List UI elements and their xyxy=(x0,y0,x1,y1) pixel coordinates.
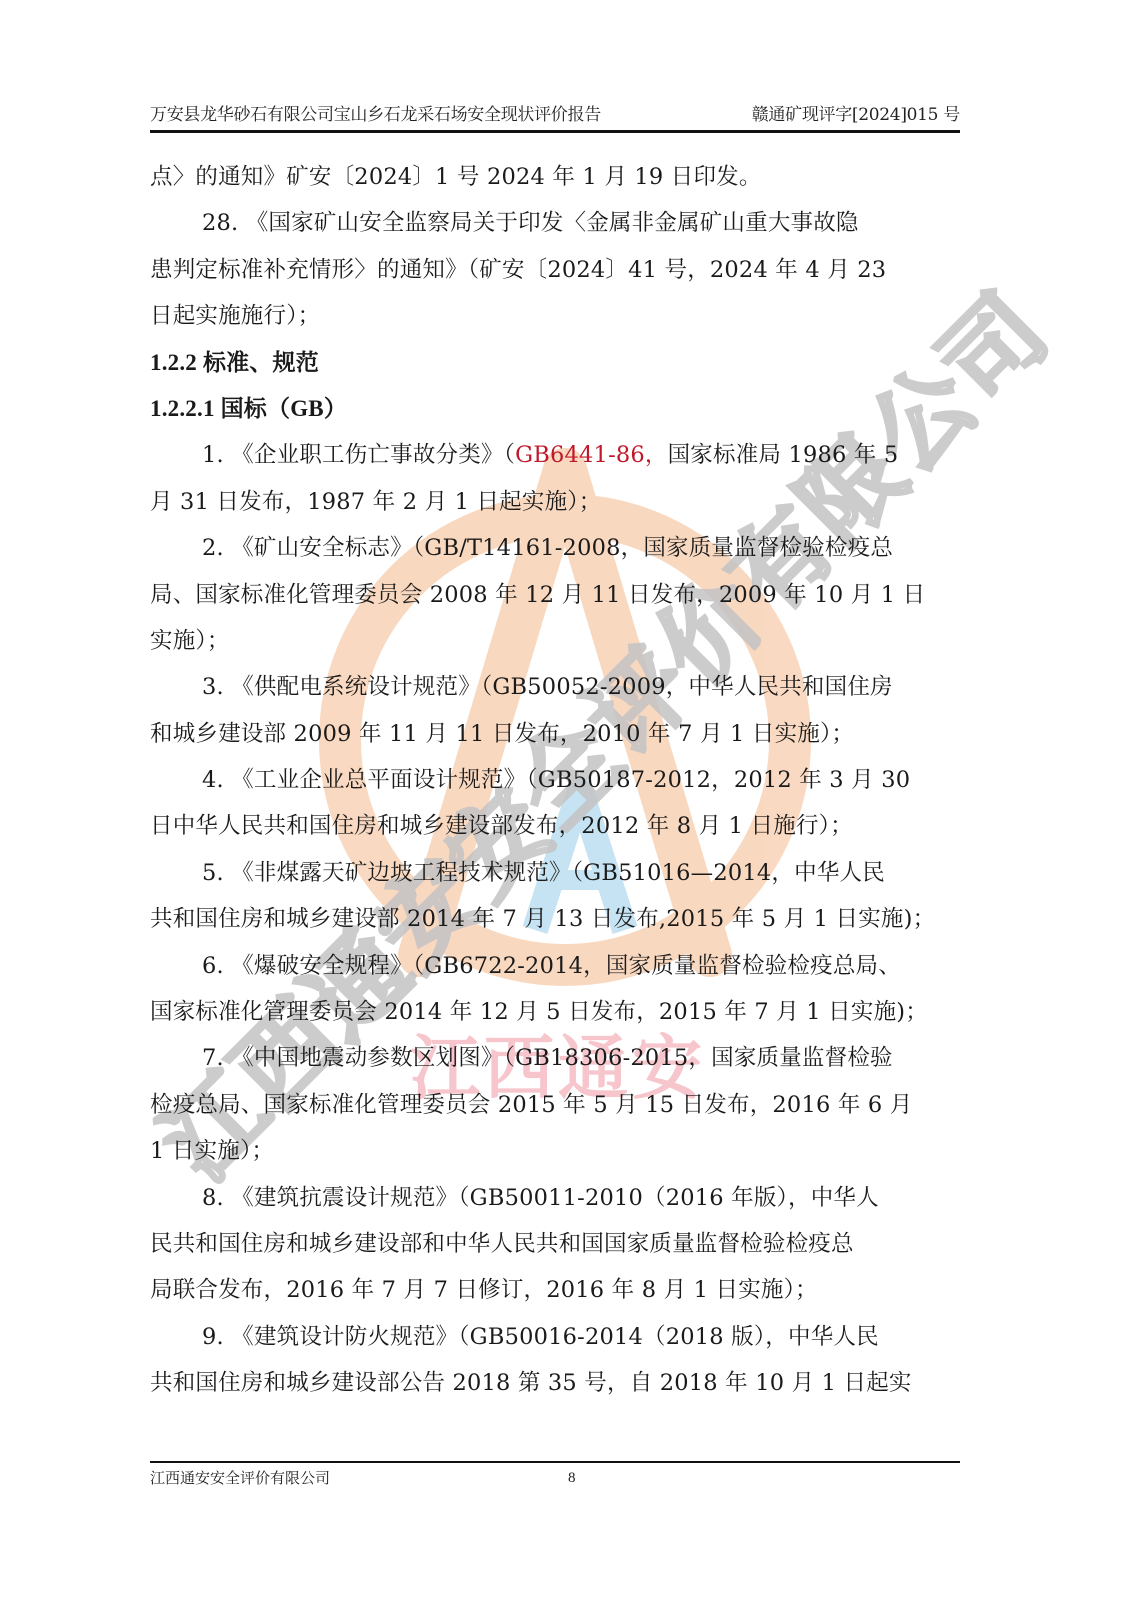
list-item-4-line-2: 日中华人民共和国住房和城乡建设部发布，2012 年 8 月 1 日施行）； xyxy=(150,803,962,849)
item-text: 国家标准局 1986 年 5 xyxy=(668,442,899,468)
item-text: 《供配电系统设计规范》（GB50052-2009，中华人民共和国住房 xyxy=(231,674,893,700)
page-footer: 江西通安安全评价有限公司 8 xyxy=(150,1466,960,1490)
list-item-6-line-1: 6. 《爆破安全规程》（GB6722-2014，国家质量监督检验检疫总局、 xyxy=(150,943,962,989)
list-item-8-line-1: 8. 《建筑抗震设计规范》（GB50011-2010（2016 年版），中华人 xyxy=(150,1175,962,1221)
item-text: 《企业职工伤亡事故分类》（ xyxy=(231,442,515,468)
list-item-7-line-2: 检疫总局、国家标准化管理委员会 2015 年 5 月 15 日发布，2016 年… xyxy=(150,1082,962,1128)
list-item-3-line-1: 3. 《供配电系统设计规范》（GB50052-2009，中华人民共和国住房 xyxy=(150,664,962,710)
list-item-3-line-2: 和城乡建设部 2009 年 11 月 11 日发布，2010 年 7 月 1 日… xyxy=(150,711,962,757)
page-header: 万安县龙华砂石有限公司宝山乡石龙采石场安全现状评价报告 赣通矿现评字[2024]… xyxy=(150,103,960,127)
item-number: 4. xyxy=(202,767,224,793)
list-item-7-line-1: 7. 《中国地震动参数区划图》（GB18306-2015，国家质量监督检验 xyxy=(150,1035,962,1081)
item-number: 2. xyxy=(202,535,224,561)
list-item-5-line-2: 共和国住房和城乡建设部 2014 年 7 月 13 日发布,2015 年 5 月… xyxy=(150,896,962,942)
item-number: 3. xyxy=(202,674,224,700)
list-item-7-line-3: 1 日实施）； xyxy=(150,1128,962,1174)
list-item-9-line-2: 共和国住房和城乡建设部公告 2018 第 35 号，自 2018 年 10 月 … xyxy=(150,1360,962,1406)
list-item-4-line-1: 4. 《工业企业总平面设计规范》（GB50187-2012，2012 年 3 月… xyxy=(150,757,962,803)
item-text: 《建筑抗震设计规范》（GB50011-2010（2016 年版），中华人 xyxy=(231,1185,879,1211)
list-item-6-line-2: 国家标准化管理委员会 2014 年 12 月 5 日发布，2015 年 7 月 … xyxy=(150,989,962,1035)
list-item-2-line-3: 实施）； xyxy=(150,618,962,664)
page-number: 8 xyxy=(568,1466,576,1490)
page-body: 点〉的通知》矿安〔2024〕1 号 2024 年 1 月 19 日印发。 28.… xyxy=(150,154,962,1407)
list-item-2-line-1: 2. 《矿山安全标志》（GB/T14161-2008，国家质量监督检验检疫总 xyxy=(150,525,962,571)
document-number: 赣通矿现评字[2024]015 号 xyxy=(752,103,960,127)
footer-company: 江西通安安全评价有限公司 xyxy=(150,1466,330,1490)
item-number: 7. xyxy=(202,1045,224,1071)
document-page: 江西通安 江西通安安全评价有限公司 万安县龙华砂石有限公司宝山乡石龙采石场安全现… xyxy=(0,0,1131,1600)
list-item-5-line-1: 5. 《非煤露天矿边坡工程技术规范》（GB51016—2014，中华人民 xyxy=(150,850,962,896)
item-text: 《矿山安全标志》（GB/T14161-2008，国家质量监督检验检疫总 xyxy=(231,535,893,561)
list-item-1-line-2: 月 31 日发布，1987 年 2 月 1 日起实施）； xyxy=(150,479,962,525)
item-text: 《工业企业总平面设计规范》（GB50187-2012，2012 年 3 月 30 xyxy=(231,767,910,793)
report-title: 万安县龙华砂石有限公司宝山乡石龙采石场安全现状评价报告 xyxy=(150,103,601,127)
footer-divider xyxy=(150,1461,960,1463)
header-divider xyxy=(150,130,960,133)
item-number: 1. xyxy=(202,442,224,468)
item-number: 8. xyxy=(202,1185,224,1211)
subsection-heading: 1.2.2.1 国标（GB） xyxy=(150,386,962,432)
item-number: 6. xyxy=(202,953,224,979)
section-heading: 1.2.2 标准、规范 xyxy=(150,340,962,386)
list-item-2-line-2: 局、国家标准化管理委员会 2008 年 12 月 11 日发布，2009 年 1… xyxy=(150,572,962,618)
body-line: 点〉的通知》矿安〔2024〕1 号 2024 年 1 月 19 日印发。 xyxy=(150,154,962,200)
body-line: 患判定标准补充情形〉的通知》（矿安〔2024〕41 号，2024 年 4 月 2… xyxy=(150,247,962,293)
item-text: 《中国地震动参数区划图》（GB18306-2015，国家质量监督检验 xyxy=(231,1045,893,1071)
item-text: 《建筑设计防火规范》（GB50016-2014（2018 版），中华人民 xyxy=(231,1324,879,1350)
list-item-8-line-3: 局联合发布，2016 年 7 月 7 日修订，2016 年 8 月 1 日实施）… xyxy=(150,1267,962,1313)
body-line: 28. 《国家矿山安全监察局关于印发〈金属非金属矿山重大事故隐 xyxy=(150,200,962,246)
item-number: 9. xyxy=(202,1324,224,1350)
item-text: 《非煤露天矿边坡工程技术规范》（GB51016—2014，中华人民 xyxy=(231,860,885,886)
list-item-9-line-1: 9. 《建筑设计防火规范》（GB50016-2014（2018 版），中华人民 xyxy=(150,1314,962,1360)
item-number: 5. xyxy=(202,860,224,886)
list-item-1-line-1: 1. 《企业职工伤亡事故分类》（GB6441-86，国家标准局 1986 年 5 xyxy=(150,432,962,478)
item-text: 《爆破安全规程》（GB6722-2014，国家质量监督检验检疫总局、 xyxy=(231,953,901,979)
standard-code-highlight: GB6441-86， xyxy=(515,442,668,468)
body-line: 日起实施施行）； xyxy=(150,293,962,339)
list-item-8-line-2: 民共和国住房和城乡建设部和中华人民共和国国家质量监督检验检疫总 xyxy=(150,1221,962,1267)
